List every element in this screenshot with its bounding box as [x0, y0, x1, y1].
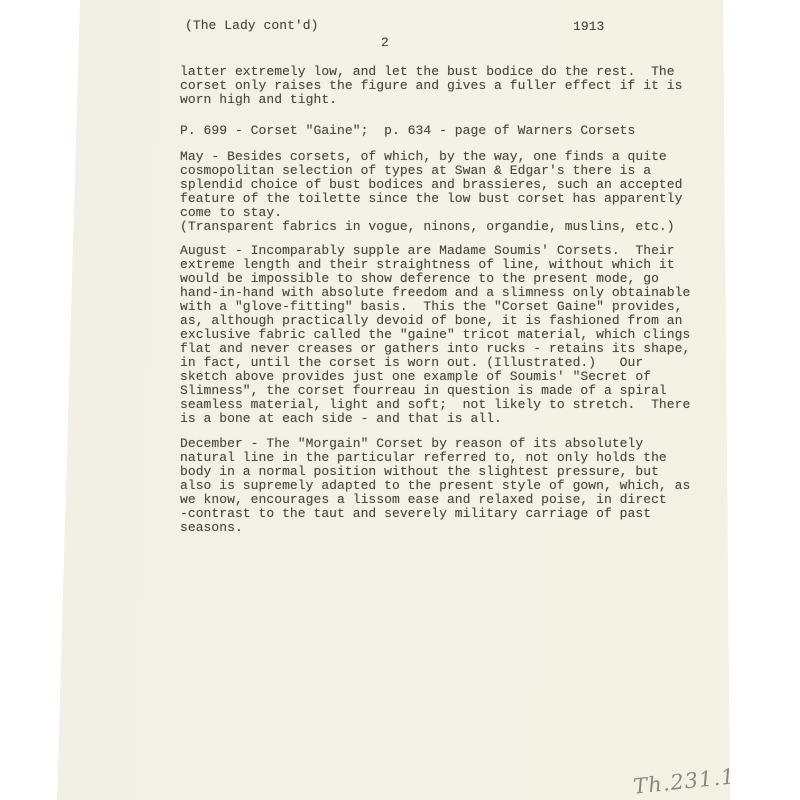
paragraph-page-references: P. 699 - Corset "Gaine"; p. 634 - page o…: [180, 124, 635, 138]
header-title: (The Lady cont'd): [185, 19, 318, 33]
scan-background: (The Lady cont'd) 1913 2 latter extremel…: [0, 0, 800, 800]
document-page: (The Lady cont'd) 1913 2 latter extremel…: [0, 0, 800, 800]
handwritten-catalog-annotation: Th.231.108: [632, 761, 765, 799]
paragraph-intro: latter extremely low, and let the bust b…: [180, 65, 682, 107]
page-number: 2: [381, 36, 389, 50]
paragraph-august: August - Incomparably supple are Madame …: [180, 244, 690, 426]
header-year: 1913: [573, 20, 604, 34]
paragraph-december: December - The "Morgain" Corset by reaso…: [180, 437, 690, 535]
paragraph-may: May - Besides corsets, of which, by the …: [180, 150, 682, 234]
